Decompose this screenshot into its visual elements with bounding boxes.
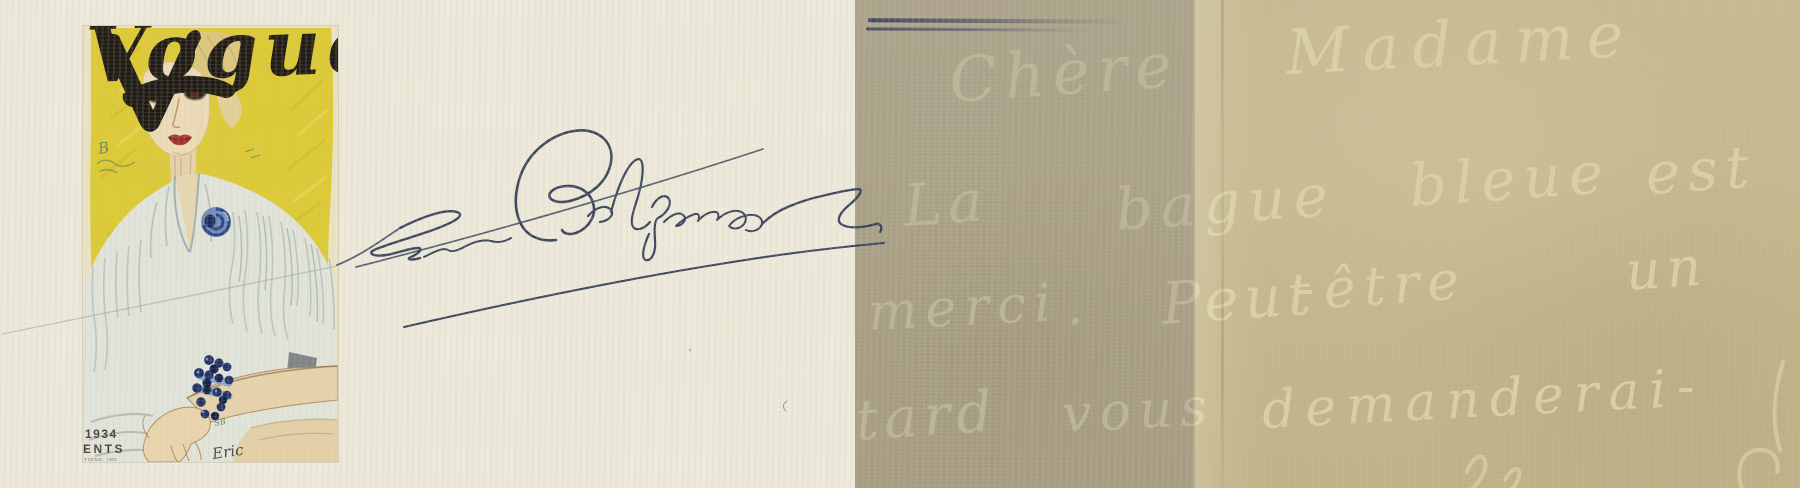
collage-banner: Chère Madame La bague bleue est merci . … (0, 0, 1800, 488)
crossed-out-line (868, 18, 1130, 24)
cover-publisher-fragment: TIONS, INC (84, 457, 118, 462)
cover-price-fragment: ENTS (83, 442, 125, 456)
artist-signature: Eric (210, 441, 245, 462)
letter-word: est (1643, 132, 1759, 208)
letter-word: - (1297, 259, 1315, 319)
letter-word: Madame (1283, 0, 1638, 89)
letter-word: demanderai (1261, 359, 1678, 441)
cover-year: 1934 (85, 427, 118, 441)
letter-word: - (1677, 357, 1695, 417)
dark-band-overlay (855, 0, 1195, 488)
vogue-cover: Vogue B 1934 ENTS TIONS, INC Eric SB (83, 26, 338, 462)
letter-word: bleue (1407, 138, 1613, 220)
letter-word: être (1322, 248, 1469, 321)
letter-panel: Chère Madame La bague bleue est merci . … (855, 0, 1800, 488)
sapphire-brooch (201, 207, 231, 237)
letter-word: un (1624, 234, 1710, 303)
vogue-logo: Vogue (84, 26, 338, 101)
crossed-out-line (866, 27, 1090, 31)
